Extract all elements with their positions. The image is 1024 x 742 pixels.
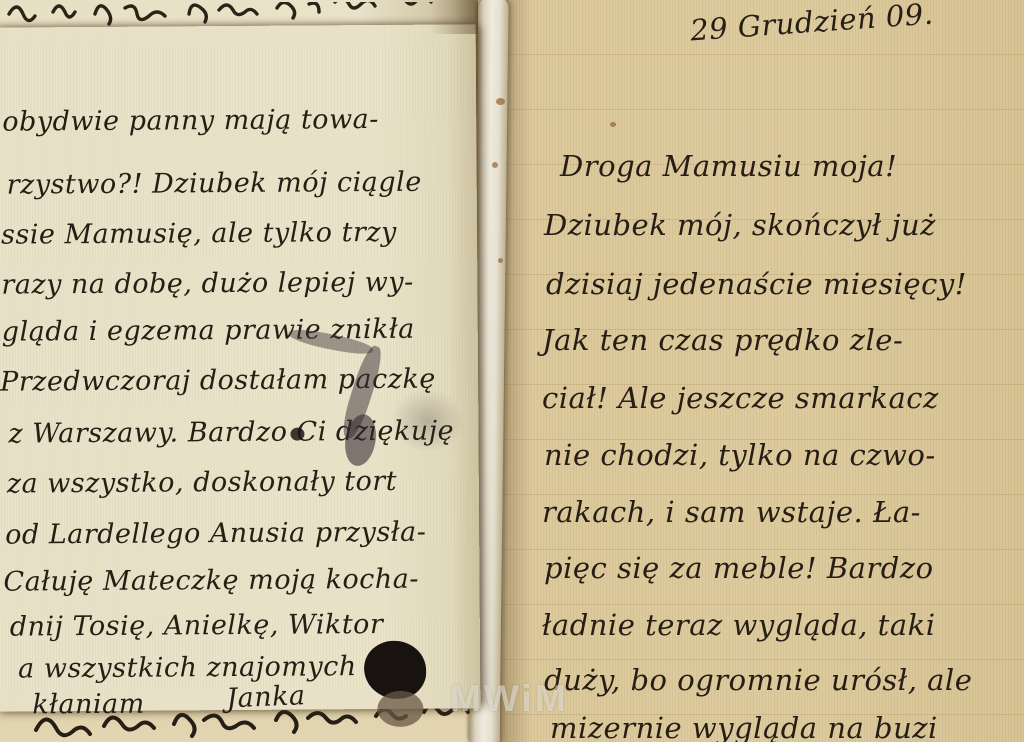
handwritten-line: mizernie wygląda na buzi <box>550 714 938 742</box>
letter-left-page: obydwie panny mają towa- rzystwo?! Dziub… <box>0 24 480 711</box>
handwritten-line: za wszystko, doskonały tort <box>7 468 397 498</box>
archive-watermark: MWiM <box>450 678 569 720</box>
letter-scan: 29 Grudzień 09. Droga Mamusiu moja! Dziu… <box>0 0 1024 742</box>
letter-date: 29 Grudzień 09. <box>689 0 934 45</box>
handwritten-line: ciał! Ale jeszcze smarkacz <box>542 384 939 413</box>
handwritten-line: duży, bo ogromnie urósł, ale <box>544 666 972 695</box>
handwritten-line: od Lardellego Anusia przysła- <box>5 519 426 549</box>
foxing-spot <box>492 162 498 168</box>
handwritten-line: Całuję Mateczkę moją kocha- <box>3 566 419 596</box>
ink-smudge <box>390 388 464 453</box>
ink-blot <box>290 428 304 441</box>
handwritten-line: rzystwo?! Dziubek mój ciągle <box>7 169 422 199</box>
handwritten-line: Jak ten czas prędko zle- <box>542 326 903 355</box>
corner-shadow <box>430 0 478 34</box>
handwritten-line: z Warszawy. Bardzo Ci dziękuję <box>8 417 454 447</box>
handwritten-line: a wszystkich znajomych się <box>18 653 406 683</box>
handwritten-line: dzisiaj jedenaście miesięcy! <box>546 270 967 299</box>
letter-closing: kłaniam <box>32 691 145 719</box>
handwritten-line: Droga Mamusiu moja! <box>560 152 897 181</box>
handwritten-line: ssie Mamusię, ale tylko trzy <box>1 219 397 249</box>
handwritten-line: ładnie teraz wygląda, taki <box>542 611 935 640</box>
handwritten-line: obydwie panny mają towa- <box>2 106 379 136</box>
handwritten-line: dnij Tosię, Anielkę, Wiktor <box>10 611 384 641</box>
handwritten-line: pięc się za meble! Bardzo <box>544 554 934 583</box>
foxing-spot <box>610 122 616 127</box>
letter-signature: Janka <box>226 682 306 712</box>
handwritten-line: Dziubek mój, skończył już <box>544 211 936 240</box>
handwritten-line: rakach, i sam wstaje. Ła- <box>542 498 921 527</box>
handwritten-line: nie chodzi, tylko na czwo- <box>544 441 936 470</box>
notebook-right-page: 29 Grudzień 09. Droga Mamusiu moja! Dziu… <box>468 0 1024 742</box>
handwritten-line: razy na dobę, dużo lepiej wy- <box>1 269 413 299</box>
ink-blot <box>377 691 423 727</box>
foxing-spot <box>496 98 505 105</box>
foxing-spot <box>498 258 503 263</box>
